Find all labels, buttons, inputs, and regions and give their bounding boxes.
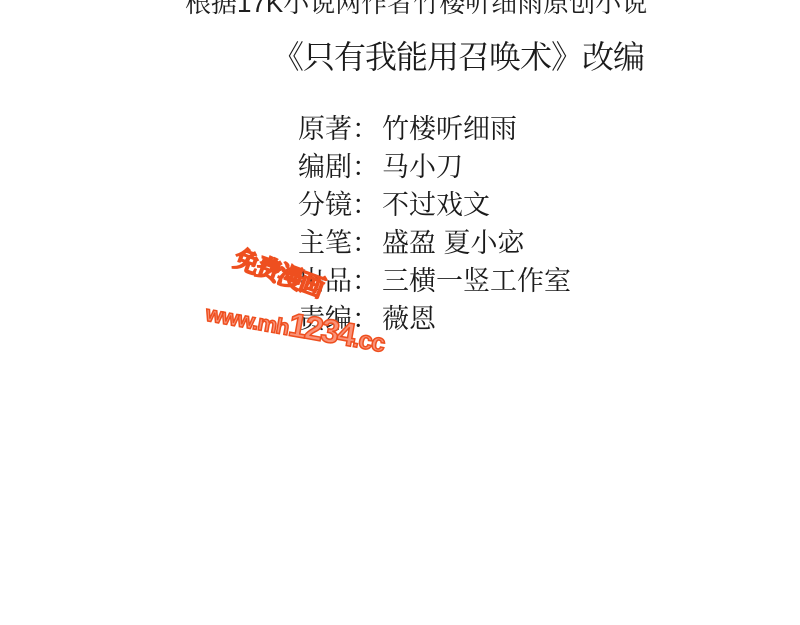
credit-name-value: 薇恩 — [382, 297, 436, 336]
comic-credits-page: 根据17K小说网作者竹楼听细雨原创小说 《只有我能用召唤术》改编 原著： 竹楼听… — [0, 0, 800, 625]
credit-role-label: 主笔： — [298, 221, 382, 260]
credit-role-label: 分镜： — [298, 183, 382, 222]
credit-row-lead-artist: 主笔： 盛盈 夏小宓 — [298, 221, 571, 259]
watermark-url-prefix: www.mh — [204, 301, 291, 340]
credit-role-label: 编剧： — [298, 145, 382, 184]
credits-list: 原著： 竹楼听细雨 编剧： 马小刀 分镜： 不过戏文 主笔： 盛盈 夏小宓 出品… — [298, 107, 571, 335]
adaptation-title: 《只有我能用召唤术》改编 — [272, 32, 644, 78]
credit-name-value: 马小刀 — [382, 145, 463, 184]
credit-name-value: 不过戏文 — [382, 183, 490, 222]
credit-name-value: 三横一竖工作室 — [382, 259, 571, 298]
credit-row-screenwriter: 编剧： 马小刀 — [298, 145, 571, 183]
credit-row-storyboard: 分镜： 不过戏文 — [298, 183, 571, 221]
credit-row-production: 出品： 三横一竖工作室 — [298, 259, 571, 297]
credit-row-original-author: 原著： 竹楼听细雨 — [298, 107, 571, 145]
credit-name-value: 盛盈 夏小宓 — [382, 221, 525, 260]
credit-role-label: 原著： — [298, 107, 382, 146]
watermark-url-suffix: .cc — [351, 325, 387, 358]
credit-name-value: 竹楼听细雨 — [382, 107, 517, 146]
source-attribution-line: 根据17K小说网作者竹楼听细雨原创小说 — [185, 0, 647, 20]
